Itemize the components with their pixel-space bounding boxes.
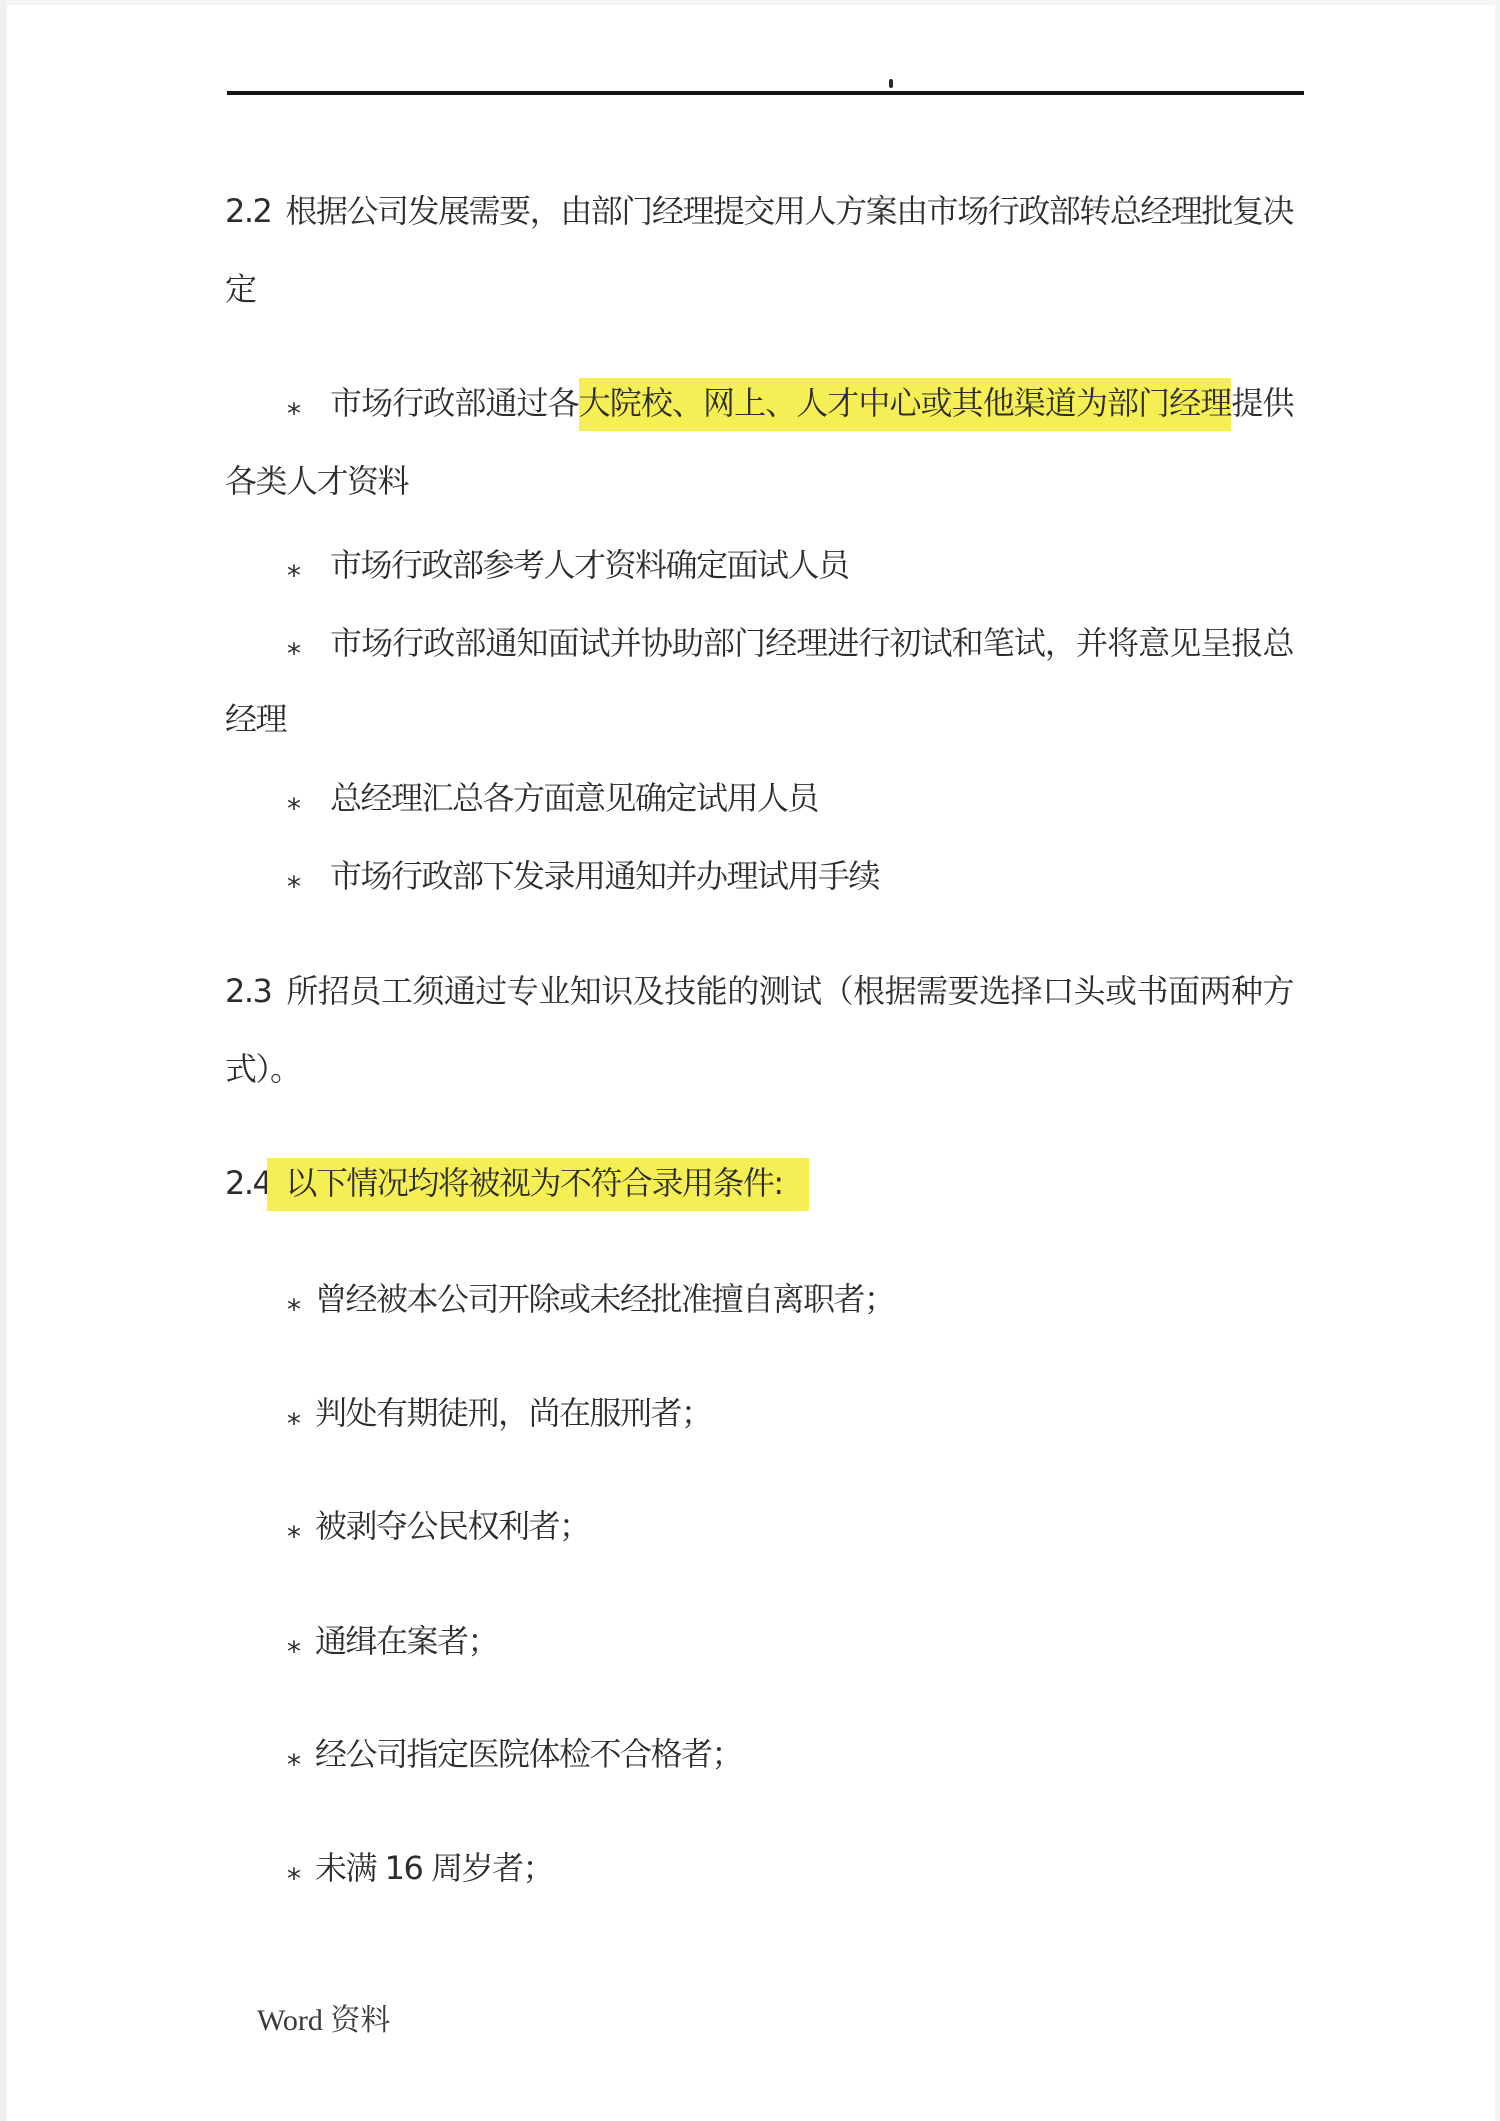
bullet-item-channels: * 市场行政部通过各大院校、网上、人才中心或其他渠道为部门经理提供 <box>225 380 1293 426</box>
condition-item-wanted: * 通缉在案者； <box>225 1618 1293 1664</box>
bullet-text: 市场行政部参考人才资料确定面试人员 <box>330 542 1293 588</box>
header-stray-mark <box>889 79 893 88</box>
scan-edge-top <box>0 0 1500 5</box>
condition-item-civil-rights: * 被剥夺公民权利者； <box>225 1503 1293 1549</box>
section-number: 2.2 <box>225 192 271 230</box>
bullet-text: 曾经被本公司开除或未经批准擅自离职者； <box>315 1276 1293 1322</box>
bullet-marker: * <box>287 391 301 437</box>
section-text: 式）。 <box>225 1050 301 1088</box>
section-number: 2.3 <box>225 972 271 1010</box>
bullet-item-interview: * 市场行政部通知面试并协助部门经理进行初试和笔试，并将意见呈报总 <box>225 620 1293 666</box>
bullet-text: 市场行政部下发录用通知并办理试用手续 <box>330 853 1293 899</box>
section-text: 定 <box>225 270 256 308</box>
highlight-text: 以下情况均将被视为不符合录用条件: <box>267 1158 808 1211</box>
section-2-3-line-2: 式）。 <box>225 1046 1293 1092</box>
bullet-text: 市场行政部通知面试并协助部门经理进行初试和笔试，并将意见呈报总 <box>330 620 1293 666</box>
condition-item-sentenced: * 判处有期徒刑，尚在服刑者； <box>225 1390 1293 1436</box>
bullet-marker: * <box>287 1742 301 1788</box>
bullet-continuation: 各类人才资料 <box>225 462 408 500</box>
bullet-marker: * <box>287 786 301 832</box>
bullet-text: 通缉在案者； <box>315 1618 1293 1664</box>
bullet-marker: * <box>287 553 301 599</box>
bullet-item-gm-decision: * 总经理汇总各方面意见确定试用人员 <box>225 775 1293 821</box>
condition-item-underage: * 未满 16 周岁者； <box>225 1845 1293 1891</box>
bullet-marker: * <box>287 1287 301 1333</box>
bullet-item-interview-cont: 经理 <box>225 696 1293 742</box>
section-text: 根据公司发展需要，由部门经理提交用人方案由市场行政部转总经理批复决 <box>285 192 1293 230</box>
bullet-text: 判处有期徒刑，尚在服刑者； <box>315 1390 1293 1436</box>
section-2-4-heading: 2.4以下情况均将被视为不符合录用条件: <box>225 1160 1293 1206</box>
bullet-text: 被剥夺公民权利者； <box>315 1503 1293 1549</box>
bullet-marker: * <box>287 1629 301 1675</box>
header-rule <box>227 91 1304 95</box>
bullet-marker: * <box>287 1514 301 1560</box>
scan-edge-left <box>0 0 7 2121</box>
section-number: 2.4 <box>225 1164 271 1202</box>
bullet-item-review: * 市场行政部参考人才资料确定面试人员 <box>225 542 1293 588</box>
bullet-marker: * <box>287 631 301 677</box>
section-2-3-line-1: 2.3所招员工须通过专业知识及技能的测试（根据需要选择口头或书面两种方 <box>225 968 1293 1014</box>
bullet-text-post: 提供 <box>1231 384 1293 422</box>
bullet-item-channels-cont: 各类人才资料 <box>225 458 1293 504</box>
bullet-text-pre: 市场行政部通过各 <box>330 384 579 422</box>
bullet-marker: * <box>287 1401 301 1447</box>
bullet-continuation: 经理 <box>225 700 286 738</box>
bullet-marker: * <box>287 1856 301 1902</box>
bullet-text: 未满 16 周岁者； <box>315 1845 1293 1891</box>
bullet-text: 经公司指定医院体检不合格者； <box>315 1731 1293 1777</box>
section-2-2-line-2: 定 <box>225 266 1293 312</box>
bullet-item-offer-notice: * 市场行政部下发录用通知并办理试用手续 <box>225 853 1293 899</box>
document-page: 2.2根据公司发展需要，由部门经理提交用人方案由市场行政部转总经理批复决 定 *… <box>0 0 1500 2121</box>
bullet-text: 总经理汇总各方面意见确定试用人员 <box>330 775 1293 821</box>
condition-item-dismissed: * 曾经被本公司开除或未经批准擅自离职者； <box>225 1276 1293 1322</box>
condition-item-medical: * 经公司指定医院体检不合格者； <box>225 1731 1293 1777</box>
highlight-text: 大院校、网上、人才中心或其他渠道为部门经理 <box>579 378 1232 431</box>
section-2-2-line-1: 2.2根据公司发展需要，由部门经理提交用人方案由市场行政部转总经理批复决 <box>225 188 1293 234</box>
bullet-marker: * <box>287 864 301 910</box>
page-footer: Word 资料 <box>257 1995 390 2039</box>
bullet-text: 市场行政部通过各大院校、网上、人才中心或其他渠道为部门经理提供 <box>330 380 1293 426</box>
scan-edge-right <box>1495 0 1500 2121</box>
section-text: 所招员工须通过专业知识及技能的测试（根据需要选择口头或书面两种方 <box>285 972 1293 1010</box>
